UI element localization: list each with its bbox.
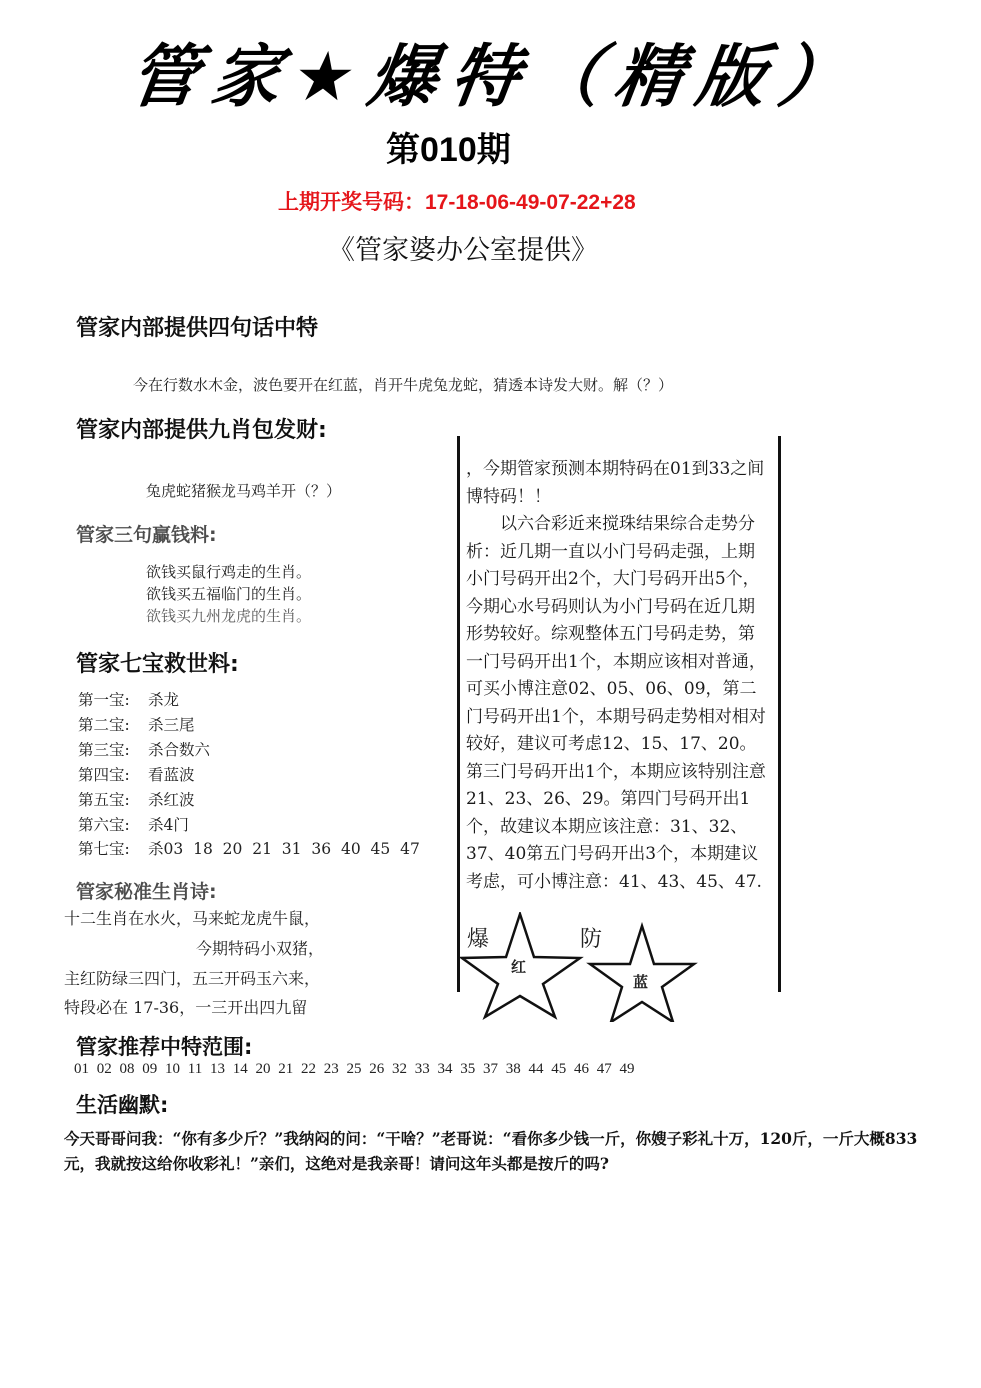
zodiac-poem-line: 今期特码小双猪， <box>196 936 324 959</box>
issue-number: 第010期 <box>386 122 511 171</box>
range-heading: 管家推荐中特范围: <box>76 1031 252 1061</box>
treasure-row: 第三宝:杀合数六 <box>78 738 210 760</box>
humor-heading: 生活幽默: <box>76 1089 168 1119</box>
last-draw-results: 上期开奖号码：17-18-06-49-07-22+28 <box>278 186 636 216</box>
treasure-row: 第一宝:杀龙 <box>78 688 179 710</box>
last-draw-numbers: 17-18-06-49-07-22+28 <box>425 191 636 214</box>
treasure-row: 第四宝:看蓝波 <box>78 763 195 785</box>
range-numbers: 01 02 08 09 10 11 13 14 20 21 22 23 25 2… <box>74 1061 634 1078</box>
zodiac-poem-line: 主红防绿三四门，五三开码玉六来， <box>64 966 320 989</box>
three-sentences-line: 欲钱买五福临门的生肖。 <box>146 583 311 604</box>
star-icons <box>460 912 700 1022</box>
nine-zodiac-text: 兔虎蛇猪猴龙马鸡羊开（？） <box>146 480 341 501</box>
humor-text: 今天哥哥问我：“你有多少斤？”我纳闷的问：“干啥？”老哥说：“看你多少钱一斤，你… <box>64 1126 944 1176</box>
guard-color: 蓝 <box>633 971 648 992</box>
three-sentences-heading: 管家三句赢钱料: <box>76 520 217 547</box>
treasure-row: 第二宝:杀三尾 <box>78 713 195 735</box>
analysis-paragraph-1: ，今期管家预测本期特码在01到33之间博特码！！ <box>466 456 766 511</box>
treasure-row: 第六宝:杀4门 <box>78 813 189 835</box>
treasure-row: 第七宝:杀03 18 20 21 31 36 40 45 47 <box>78 837 420 859</box>
provider-credit: 《管家婆办公室提供》 <box>328 228 598 267</box>
zodiac-poem-line: 十二生肖在水火，马来蛇龙虎牛鼠， <box>64 906 320 929</box>
three-sentences-line: 欲钱买鼠行鸡走的生肖。 <box>146 561 311 582</box>
four-sentences-text: 今在行数水木金，波色要开在红蓝，肖开牛虎兔龙蛇，猜透本诗发大财。解（？） <box>133 374 673 395</box>
page-title: 管家★爆特（精版） <box>123 28 868 128</box>
last-draw-label: 上期开奖号码： <box>278 191 425 214</box>
zodiac-poem-heading: 管家秘准生肖诗: <box>76 877 217 904</box>
zodiac-poem-line: 特段必在 17-36，一三开出四九留 <box>64 995 307 1018</box>
treasure-row: 第五宝:杀红波 <box>78 788 195 810</box>
explode-color: 红 <box>511 956 526 977</box>
analysis-paragraph-2: 以六合彩近来搅珠结果综合走势分析：近几期一直以小门号码走强，上期小门号码开出2个… <box>466 511 766 896</box>
three-sentences-line: 欲钱买九州龙虎的生肖。 <box>146 605 311 626</box>
nine-zodiac-heading: 管家内部提供九肖包发财: <box>76 413 327 444</box>
seven-treasures-heading: 管家七宝救世料: <box>76 647 239 678</box>
four-sentences-heading: 管家内部提供四句话中特 <box>76 311 318 342</box>
analysis-text: ，今期管家预测本期特码在01到33之间博特码！！ 以六合彩近来搅珠结果综合走势分… <box>466 456 766 896</box>
